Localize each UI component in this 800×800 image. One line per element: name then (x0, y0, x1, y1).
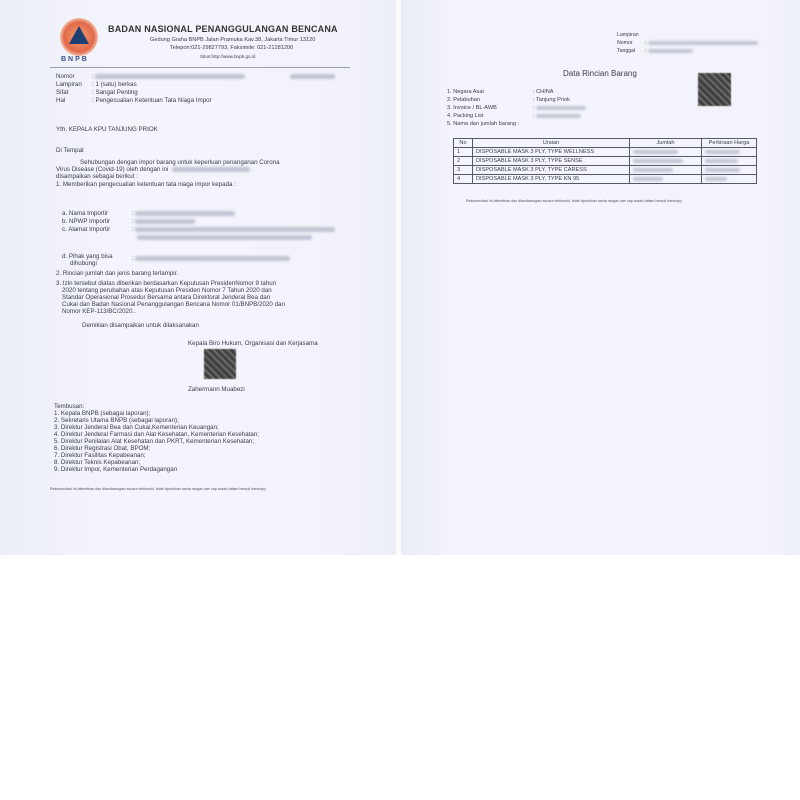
letter-page: BNPB BADAN NASIONAL PENANGGULANGAN BENCA… (0, 0, 396, 555)
field-label-items: 5. Nama dan jumlah barang : (447, 121, 519, 128)
addressee: Yth. KEPALA KPU TANJUNG PRIOK (56, 126, 158, 133)
table-row: 2 DISPOSABLE MASK 3 PLY, TYPE SENSE (454, 157, 757, 166)
field-value-npwp: : (132, 218, 195, 225)
field-value-nama-importir: : (132, 210, 235, 217)
bnpb-logo-icon (60, 18, 98, 56)
field-label-pelabuhan: 2. Pelabuhan (447, 97, 480, 104)
field-label-npwp: b. NPWP Importir (62, 218, 110, 225)
attachment-nomor-label: Nomor (617, 40, 633, 47)
closing-line: Demikian disampaikan untuk dilaksanakan (82, 322, 199, 329)
letter-date (290, 73, 335, 80)
row-item: DISPOSABLE MASK 3 PLY, TYPE WELLNESS (473, 148, 630, 157)
org-address: Gedung Graha BNPB Jalan Pramuka Kav.38, … (150, 37, 315, 44)
electronic-signature-note: Rekomendasi ini diterbitkan dan ditandat… (50, 487, 266, 491)
signer-title: Kepala Biro Hukum, Organisasi dan Kerjas… (188, 340, 318, 347)
field-value-packing-list: : (533, 113, 581, 120)
row-price (702, 166, 757, 175)
attachment-nomor-value: : (645, 40, 758, 47)
point-1: 1. Memberikan pengecualian ketentuan tat… (56, 181, 236, 188)
attachment-tanggal-label: Tanggal (617, 48, 635, 55)
header-divider (50, 67, 350, 68)
point-2: 2. Rincian jumlah dan jenis barang terla… (56, 270, 178, 277)
signature-qr-code-icon (204, 349, 236, 379)
table-header-row: No Uraian Jumlah Perkiraan Harga (454, 139, 757, 148)
field-value-pelabuhan: : Tanjung Priok (533, 97, 570, 104)
meta-value-hal: : Pengecualian Ketentuan Tata Niaga Impo… (92, 97, 212, 104)
field-label-alamat: c. Alamat Importir (62, 226, 110, 233)
field-label-nama-importir: a. Nama Importir (62, 210, 108, 217)
attachment-qr-code-icon (698, 73, 731, 106)
attachment-page (401, 0, 800, 555)
meta-label-nomor: Nomor (56, 73, 75, 80)
point-3-line-5: Nomor KEP-113/BC/2020.. (62, 308, 136, 315)
field-label-negara-asal: 1. Negara Asal (447, 89, 484, 96)
attachment-label: Lampiran (617, 32, 639, 39)
attachment-tanggal-value: : (645, 48, 693, 55)
row-number: 2 (454, 157, 473, 166)
column-header: Uraian (473, 139, 630, 148)
meta-value-lampiran: : 1 (satu) berkas (92, 81, 137, 88)
row-number: 4 (454, 175, 473, 184)
organization-name: BADAN NASIONAL PENANGGULANGAN BENCANA (108, 24, 338, 34)
table-row: 1 DISPOSABLE MASK 3 PLY, TYPE WELLNESS (454, 148, 757, 157)
field-label-contact-2: dihubungi (70, 260, 97, 267)
row-qty (630, 148, 702, 157)
column-header: Jumlah (630, 139, 702, 148)
items-table: No Uraian Jumlah Perkiraan Harga 1 DISPO… (453, 138, 757, 184)
meta-value-sifat: : Sangat Penting (92, 89, 138, 96)
row-price (702, 148, 757, 157)
field-label-packing-list: 4. Packing List (447, 113, 483, 120)
org-phone: Telepon:021-29827793, Faksimile: 021-212… (170, 45, 293, 52)
field-value-alamat-2 (137, 234, 312, 241)
meta-label-sifat: Sifat (56, 89, 68, 96)
meta-label-lampiran: Lampiran (56, 81, 82, 88)
row-price (702, 175, 757, 184)
row-item: DISPOSABLE MASK 3 PLY, TYPE CARESS (473, 166, 630, 175)
field-label-invoice: 3. Invoice / BL-AWB (447, 105, 497, 112)
row-number: 3 (454, 166, 473, 175)
attachment-title: Data Rincian Barang (563, 70, 637, 77)
importer-name-inline (172, 166, 250, 173)
field-value-contact: : (132, 255, 290, 262)
row-qty (630, 166, 702, 175)
logo-text: BNPB (61, 56, 89, 63)
scanned-document: BNPB BADAN NASIONAL PENANGGULANGAN BENCA… (0, 0, 800, 555)
meta-value-nomor: : (92, 73, 245, 80)
field-value-alamat: : (132, 226, 335, 233)
signer-name: Zahermann Muabezi (188, 386, 245, 393)
field-value-invoice: : (533, 105, 586, 112)
cc-item: 9. Direktur Impor, Kementerian Perdagang… (54, 466, 177, 473)
field-value-negara-asal: : CHINA (533, 89, 554, 96)
place: Di Tempat (56, 147, 84, 154)
intro-line-3: disampaikan sebagai berikut : (56, 173, 138, 180)
row-price (702, 157, 757, 166)
table-row: 3 DISPOSABLE MASK 3 PLY, TYPE CARESS (454, 166, 757, 175)
meta-label-hal: Hal (56, 97, 65, 104)
row-qty (630, 175, 702, 184)
attachment-electronic-note: Rekomendasi ini diterbitkan dan ditandat… (466, 199, 682, 203)
row-number: 1 (454, 148, 473, 157)
row-qty (630, 157, 702, 166)
column-header: No (454, 139, 473, 148)
org-website: Situs:http://www.bnpb.go.id (200, 53, 255, 60)
column-header: Perkiraan Harga (702, 139, 757, 148)
table-row: 4 DISPOSABLE MASK 3 PLY, TYPE KN 95 (454, 175, 757, 184)
row-item: DISPOSABLE MASK 3 PLY, TYPE KN 95 (473, 175, 630, 184)
row-item: DISPOSABLE MASK 3 PLY, TYPE SENSE (473, 157, 630, 166)
